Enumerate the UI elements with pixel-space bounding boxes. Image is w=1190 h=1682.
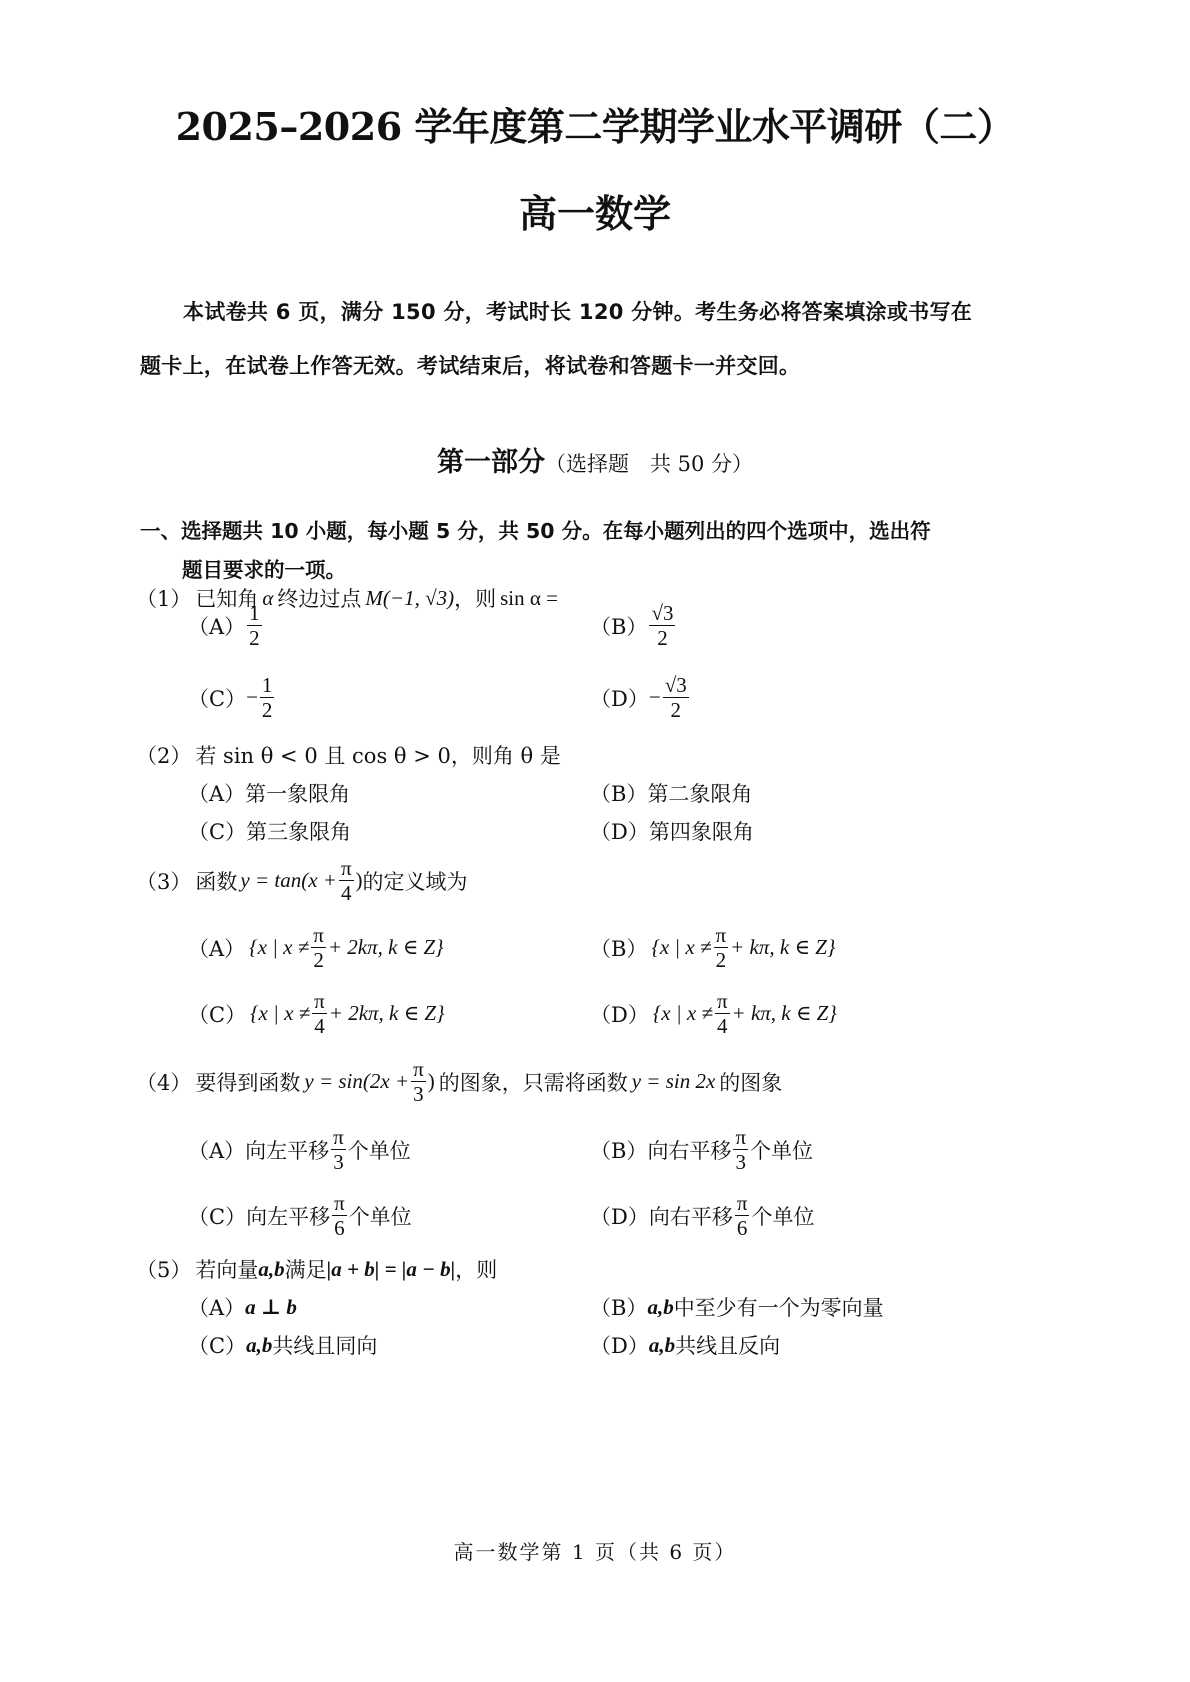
question-number: （3） — [136, 866, 191, 896]
stem-text: ，则 — [454, 583, 496, 613]
denominator: 3 — [331, 1150, 346, 1173]
math-expr: + 2kπ, k ∈ Z} — [328, 935, 444, 960]
option-text: 个单位 — [349, 1201, 412, 1231]
stem-text: 的图象，只需将函数 — [439, 1067, 628, 1097]
numerator: 1 — [247, 602, 262, 626]
option-text: 共线且反向 — [675, 1330, 780, 1360]
question-4-option-b[interactable]: （B） 向右平移 π3 个单位 — [590, 1126, 813, 1173]
denominator: 2 — [260, 698, 275, 721]
math-expr: {x | x ≠ — [250, 1001, 310, 1026]
numerator: π — [312, 990, 327, 1014]
fraction: √32 — [649, 602, 675, 649]
vector-vars: a,b — [258, 1257, 284, 1282]
option-text: 第四象限角 — [649, 816, 754, 846]
numerator: π — [331, 1126, 346, 1150]
section-instructions-line-1: 一、选择题共 10 小题，每小题 5 分，共 50 分。在每小题列出的四个选项中… — [140, 514, 931, 544]
question-3-stem: （3） 函数 y = tan(x + π4 ) 的定义域为 — [136, 857, 468, 904]
option-text: 向右平移 — [649, 1201, 733, 1231]
instructions-line-2: 题卡上，在试卷上作答无效。考试结束后，将试卷和答题卡一并交回。 — [140, 350, 800, 380]
option-label: （A） — [188, 778, 245, 808]
vector-expr: a,b — [647, 1295, 673, 1320]
fraction: π2 — [311, 924, 326, 971]
denominator: 3 — [411, 1082, 426, 1105]
stem-text: 的图象 — [719, 1067, 782, 1097]
option-text: 向左平移 — [245, 1135, 329, 1165]
question-number: （1） — [136, 583, 191, 613]
numerator: 1 — [260, 674, 275, 698]
question-2-option-b[interactable]: （B）第二象限角 — [590, 778, 752, 808]
stem-text: 的定义域为 — [363, 866, 468, 896]
numerator: π — [715, 990, 730, 1014]
option-label: （D） — [590, 816, 649, 846]
question-5-stem: （5） 若向量 a,b 满足 |a + b| = |a − b| ，则 — [136, 1254, 497, 1284]
stem-text: 终边过点 — [277, 583, 361, 613]
fraction: π4 — [339, 857, 354, 904]
math-expr: y = sin 2x — [632, 1069, 716, 1094]
option-label: （D） — [590, 683, 649, 713]
option-label: （A） — [188, 933, 245, 963]
question-4-option-d[interactable]: （D） 向右平移 π6 个单位 — [590, 1192, 814, 1239]
fraction: π3 — [733, 1126, 748, 1173]
stem-text: ，则 — [455, 1254, 497, 1284]
question-number: （4） — [136, 1067, 191, 1097]
math-expr: sin α = — [500, 586, 558, 611]
numerator: π — [411, 1058, 426, 1082]
question-3-option-c[interactable]: （C） {x | x ≠ π4 + 2kπ, k ∈ Z} — [188, 990, 445, 1037]
question-1-option-a[interactable]: （A） 12 — [188, 602, 264, 649]
question-5-option-a[interactable]: （A） a ⊥ b — [188, 1292, 297, 1322]
option-text: 第二象限角 — [647, 778, 752, 808]
question-4-option-c[interactable]: （C） 向左平移 π6 个单位 — [188, 1192, 412, 1239]
question-number: （5） — [136, 1254, 191, 1284]
section-instructions-line-2: 题目要求的一项。 — [182, 553, 346, 583]
question-2-stem: （2） 若 sin θ < 0 且 cos θ > 0，则角 θ 是 — [136, 740, 561, 770]
option-label: （D） — [590, 1330, 649, 1360]
question-4-option-a[interactable]: （A） 向左平移 π3 个单位 — [188, 1126, 411, 1173]
fraction: π2 — [714, 924, 729, 971]
math-expr: {x | x ≠ — [653, 1001, 713, 1026]
math-expr: + 2kπ, k ∈ Z} — [329, 1001, 445, 1026]
sign: − — [246, 685, 258, 710]
math-condition: |a + b| = |a − b| — [327, 1257, 456, 1282]
denominator: 2 — [655, 626, 670, 649]
denominator: 4 — [339, 881, 354, 904]
part-title: 第一部分 — [437, 447, 545, 478]
stem-text: 要得到函数 — [195, 1067, 300, 1097]
numerator: π — [339, 857, 354, 881]
denominator: 4 — [715, 1014, 730, 1037]
option-text: 共线且同向 — [272, 1330, 377, 1360]
exam-subject: 高一数学 — [0, 183, 1190, 238]
question-2-option-a[interactable]: （A）第一象限角 — [188, 778, 350, 808]
denominator: 6 — [332, 1216, 347, 1239]
option-label: （B） — [590, 1292, 647, 1322]
exam-title: 2025–2026 学年度第二学期学业水平调研（二） — [0, 96, 1190, 151]
question-5-option-d[interactable]: （D） a,b 共线且反向 — [590, 1330, 780, 1360]
option-text: 第三象限角 — [246, 816, 351, 846]
option-label: （C） — [188, 816, 246, 846]
fraction: π4 — [715, 990, 730, 1037]
option-label: （A） — [188, 611, 245, 641]
numerator: √3 — [649, 602, 675, 626]
denominator: 6 — [735, 1216, 750, 1239]
question-3-option-d[interactable]: （D） {x | x ≠ π4 + kπ, k ∈ Z} — [590, 990, 837, 1037]
math-expr: + kπ, k ∈ Z} — [730, 935, 835, 960]
option-text: 第一象限角 — [245, 778, 350, 808]
fraction: π6 — [332, 1192, 347, 1239]
part-note: （选择题 共 50 分） — [545, 452, 753, 476]
fraction: 12 — [260, 674, 275, 721]
denominator: 4 — [312, 1014, 327, 1037]
option-text: 个单位 — [750, 1135, 813, 1165]
option-label: （B） — [590, 778, 647, 808]
stem-text: 若 sin θ < 0 且 cos θ > 0，则角 θ 是 — [195, 740, 560, 770]
denominator: 2 — [311, 948, 326, 971]
question-5-option-b[interactable]: （B） a,b 中至少有一个为零向量 — [590, 1292, 884, 1322]
denominator: 2 — [668, 698, 683, 721]
question-2-option-c[interactable]: （C）第三象限角 — [188, 816, 351, 846]
fraction: π6 — [735, 1192, 750, 1239]
numerator: π — [735, 1192, 750, 1216]
option-label: （B） — [590, 933, 647, 963]
question-1-option-c[interactable]: （C） − 12 — [188, 674, 276, 721]
page-footer: 高一数学第 1 页（共 6 页） — [0, 1536, 1190, 1565]
part-heading: 第一部分（选择题 共 50 分） — [0, 440, 1190, 479]
math-expr: ) — [428, 1069, 435, 1094]
fraction: π3 — [411, 1058, 426, 1105]
question-3-option-a[interactable]: （A） {x | x ≠ π2 + 2kπ, k ∈ Z} — [188, 924, 444, 971]
option-text: 中至少有一个为零向量 — [674, 1292, 884, 1322]
question-3-option-b[interactable]: （B） {x | x ≠ π2 + kπ, k ∈ Z} — [590, 924, 835, 971]
sign: − — [649, 685, 661, 710]
numerator: √3 — [663, 674, 689, 698]
option-text: 个单位 — [751, 1201, 814, 1231]
question-4-stem: （4） 要得到函数 y = sin(2x + π3 ) 的图象，只需将函数 y … — [136, 1058, 782, 1105]
question-2-option-d[interactable]: （D）第四象限角 — [590, 816, 754, 846]
option-label: （B） — [590, 611, 647, 641]
option-label: （A） — [188, 1292, 245, 1322]
option-label: （D） — [590, 999, 649, 1029]
option-text: 向左平移 — [246, 1201, 330, 1231]
math-expr: {x | x ≠ — [249, 935, 309, 960]
option-label: （B） — [590, 1135, 647, 1165]
option-text: 个单位 — [348, 1135, 411, 1165]
option-label: （C） — [188, 999, 246, 1029]
math-point: M(−1, √3) — [365, 586, 454, 611]
question-1-option-b[interactable]: （B） √32 — [590, 602, 677, 649]
vector-expr: a,b — [649, 1333, 675, 1358]
denominator: 2 — [247, 626, 262, 649]
fraction: π3 — [331, 1126, 346, 1173]
stem-text: 若向量 — [195, 1254, 258, 1284]
option-text: 向右平移 — [647, 1135, 731, 1165]
math-expr: y = sin(2x + — [304, 1069, 409, 1094]
fraction: 12 — [247, 602, 262, 649]
fraction: √32 — [663, 674, 689, 721]
numerator: π — [733, 1126, 748, 1150]
stem-text: 满足 — [285, 1254, 327, 1284]
question-number: （2） — [136, 740, 191, 770]
math-expr: {x | x ≠ — [651, 935, 711, 960]
vector-expr: a ⊥ b — [245, 1294, 297, 1320]
stem-text: 函数 — [195, 866, 237, 896]
question-1-option-d[interactable]: （D） − √32 — [590, 674, 691, 721]
option-label: （C） — [188, 1201, 246, 1231]
option-label: （A） — [188, 1135, 245, 1165]
math-expr: + kπ, k ∈ Z} — [732, 1001, 837, 1026]
question-5-option-c[interactable]: （C） a,b 共线且同向 — [188, 1330, 377, 1360]
instructions-line-1: 本试卷共 6 页，满分 150 分，考试时长 120 分钟。考生务必将答案填涂或… — [183, 296, 972, 326]
denominator: 3 — [733, 1150, 748, 1173]
option-label: （D） — [590, 1201, 649, 1231]
denominator: 2 — [714, 948, 729, 971]
math-expr: ) — [356, 868, 363, 893]
option-label: （C） — [188, 683, 246, 713]
numerator: π — [311, 924, 326, 948]
math-var: α — [262, 586, 273, 611]
numerator: π — [332, 1192, 347, 1216]
numerator: π — [714, 924, 729, 948]
option-label: （C） — [188, 1330, 246, 1360]
vector-expr: a,b — [246, 1333, 272, 1358]
math-expr: y = tan(x + — [240, 868, 337, 893]
fraction: π4 — [312, 990, 327, 1037]
